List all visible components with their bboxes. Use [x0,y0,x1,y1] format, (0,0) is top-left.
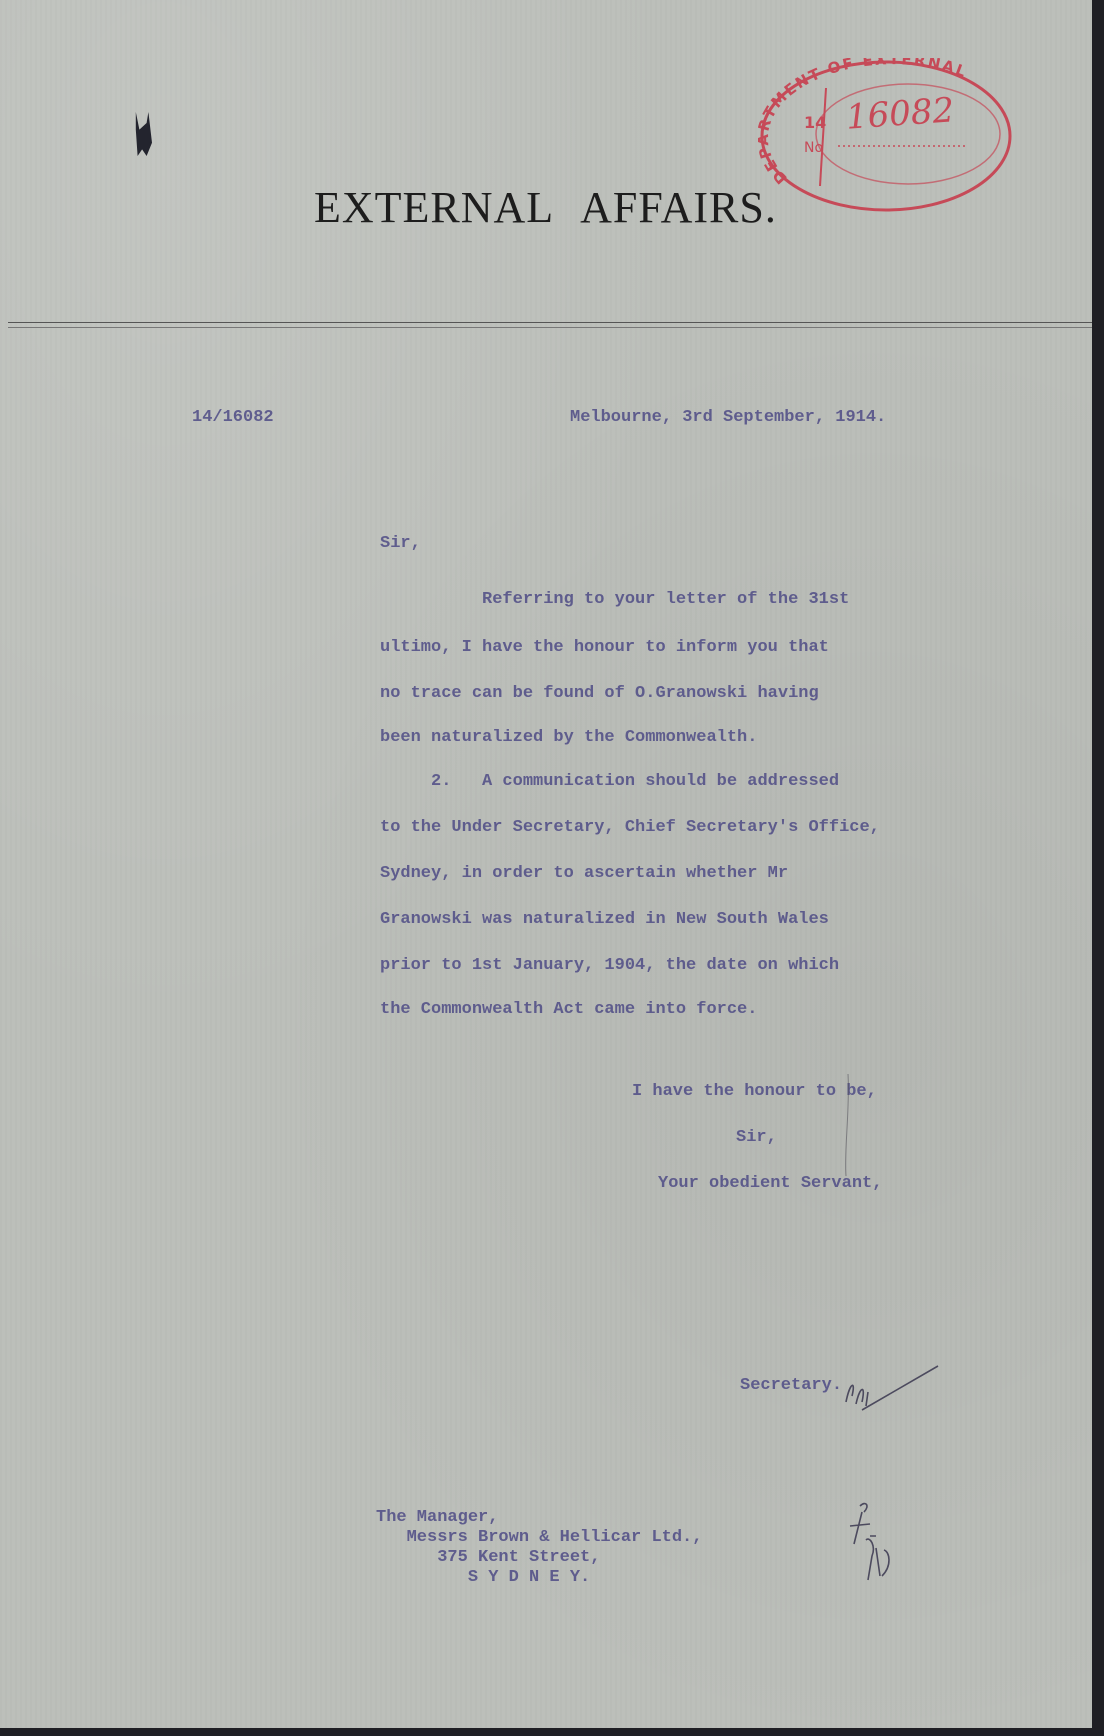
dateline: Melbourne, 3rd September, 1914. [570,408,886,427]
signature-initials [838,1362,948,1422]
svg-text:No: No [804,140,823,156]
reference-number: 14/16082 [192,408,274,427]
body-line: no trace can be found of O.Granowski hav… [380,684,819,703]
punch-hole [134,112,152,156]
signature-title: Secretary. [740,1376,842,1395]
document-page: EXTERNAL AFFAIRS. DEPARTMENT OF EXTERNAL… [0,0,1092,1728]
address-line: S Y D N E Y. [376,1568,590,1587]
letterhead-rule-secondary [8,327,1092,328]
letterhead-title: EXTERNAL AFFAIRS. [314,182,777,233]
body-line: been naturalized by the Commonwealth. [380,728,757,747]
marginal-annotation [840,1496,910,1596]
body-line: Granowski was naturalized in New South W… [380,910,829,929]
letterhead-rule [8,322,1092,323]
address-line: The Manager, [376,1508,498,1527]
address-line: Messrs Brown & Hellicar Ltd., [376,1528,702,1547]
body-line: Sydney, in order to ascertain whether Mr [380,864,788,883]
body-line: Referring to your letter of the 31st [380,590,849,609]
closing-sir: Sir, [736,1128,777,1147]
department-stamp: DEPARTMENT OF EXTERNAL 14 No [758,58,1014,214]
salutation: Sir, [380,534,421,553]
body-line: the Commonwealth Act came into force. [380,1000,757,1019]
body-line: 2. A communication should be addressed [380,772,839,791]
svg-text:14: 14 [804,113,826,132]
body-line: ultimo, I have the honour to inform you … [380,638,829,657]
stamp-number: 16082 [845,90,956,137]
pencil-mark [836,1070,856,1180]
address-line: 375 Kent Street, [376,1548,600,1567]
body-line: to the Under Secretary, Chief Secretary'… [380,818,880,837]
body-line: prior to 1st January, 1904, the date on … [380,956,839,975]
